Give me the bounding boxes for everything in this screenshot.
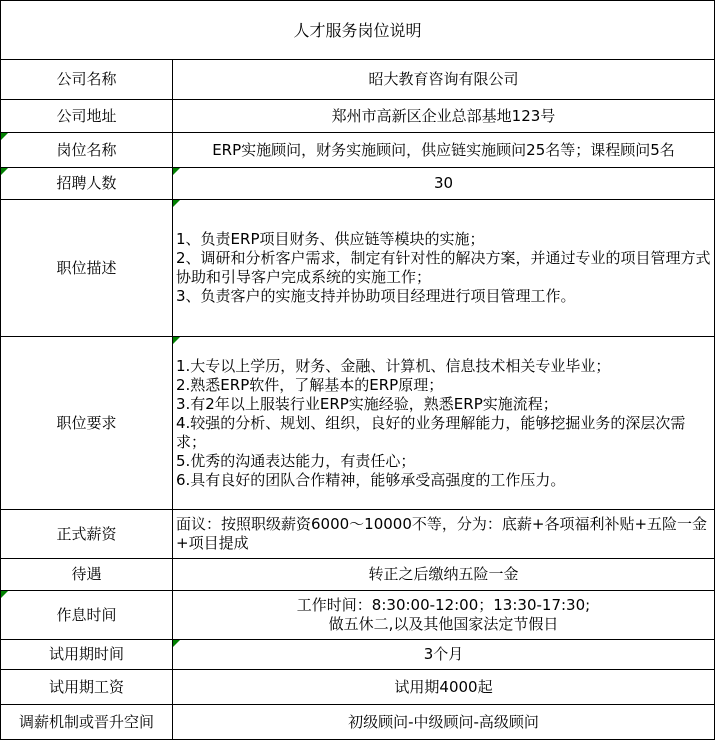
cell-job-description-value-text: 1、负责ERP项目财务、供应链等模块的实施； 2、调研和分析客户需求，制定有针对… [176,230,712,306]
cell-error-indicator-icon [173,337,180,344]
table-row-headcount: 招聘人数 30 [1,168,714,200]
cell-probation-salary-value[interactable]: 试用期4000起 [173,670,714,704]
table-row-position-name: 岗位名称 ERP实施顾问，财务实施顾问，供应链实施顾问25名等；课程顾问5名 [1,133,714,168]
cell-benefits-value[interactable]: 转正之后缴纳五险一金 [173,559,714,590]
cell-headcount-label[interactable]: 招聘人数 [1,168,173,199]
table-row-job-requirements: 职位要求 1.大专以上学历，财务、金融、计算机、信息技术相关专业毕业； 2.熟悉… [1,337,714,510]
cell-company-address-value[interactable]: 郑州市高新区企业总部基地123号 [173,100,714,132]
table-row-probation-salary: 试用期工资 试用期4000起 [1,670,714,705]
table-row-company-name: 公司名称 昭大教育咨询有限公司 [1,60,714,100]
cell-position-name-label-text: 岗位名称 [56,141,116,160]
cell-promotion-path-value[interactable]: 初级顾问-中级顾问-高级顾问 [173,705,714,739]
cell-job-requirements-value[interactable]: 1.大专以上学历，财务、金融、计算机、信息技术相关专业毕业； 2.熟悉ERP软件… [173,337,714,509]
cell-error-indicator-icon [1,168,8,175]
cell-work-schedule-value[interactable]: 工作时间：8:30:00-12:00；13:30-17:30; 做五休二,以及其… [173,591,714,639]
page-title: 人才服务岗位说明 [1,1,714,59]
cell-job-requirements-label[interactable]: 职位要求 [1,337,173,509]
cell-error-indicator-icon [173,640,180,647]
cell-work-schedule-label-text: 作息时间 [56,606,116,625]
cell-error-indicator-icon [173,200,180,207]
cell-formal-salary-label[interactable]: 正式薪资 [1,510,173,558]
cell-job-requirements-value-text: 1.大专以上学历，财务、金融、计算机、信息技术相关专业毕业； 2.熟悉ERP软件… [176,357,712,490]
cell-probation-period-label[interactable]: 试用期时间 [1,640,173,669]
cell-position-name-value[interactable]: ERP实施顾问，财务实施顾问，供应链实施顾问25名等；课程顾问5名 [173,133,714,167]
cell-headcount-value-text: 30 [434,174,453,193]
cell-error-indicator-icon [173,168,180,175]
cell-formal-salary-value[interactable]: 面议：按照职级薪资6000～10000不等，分为：底薪+各项福利补贴+五险一金+… [173,510,714,558]
table-row-job-description: 职位描述 1、负责ERP项目财务、供应链等模块的实施； 2、调研和分析客户需求，… [1,200,714,337]
cell-job-description-value[interactable]: 1、负责ERP项目财务、供应链等模块的实施； 2、调研和分析客户需求，制定有针对… [173,200,714,336]
cell-probation-period-value[interactable]: 3个月 [173,640,714,669]
cell-company-name-value[interactable]: 昭大教育咨询有限公司 [173,60,714,99]
cell-error-indicator-icon [1,133,8,140]
table-title-row: 人才服务岗位说明 [1,1,714,60]
cell-company-address-label[interactable]: 公司地址 [1,100,173,132]
cell-probation-salary-label[interactable]: 试用期工资 [1,670,173,704]
table-row-work-schedule: 作息时间 工作时间：8:30:00-12:00；13:30-17:30; 做五休… [1,591,714,640]
table-row-formal-salary: 正式薪资 面议：按照职级薪资6000～10000不等，分为：底薪+各项福利补贴+… [1,510,714,559]
cell-headcount-label-text: 招聘人数 [56,174,116,193]
cell-benefits-label[interactable]: 待遇 [1,559,173,590]
job-description-table: 人才服务岗位说明 公司名称 昭大教育咨询有限公司 公司地址 郑州市高新区企业总部… [0,0,715,740]
table-row-promotion-path: 调薪机制或晋升空间 初级顾问-中级顾问-高级顾问 [1,705,714,739]
table-row-benefits: 待遇 转正之后缴纳五险一金 [1,559,714,591]
cell-promotion-path-label[interactable]: 调薪机制或晋升空间 [1,705,173,739]
cell-work-schedule-label[interactable]: 作息时间 [1,591,173,639]
cell-company-name-label[interactable]: 公司名称 [1,60,173,99]
table-row-probation-period: 试用期时间 3个月 [1,640,714,670]
table-row-company-address: 公司地址 郑州市高新区企业总部基地123号 [1,100,714,133]
cell-error-indicator-icon [1,591,8,598]
cell-probation-period-value-text: 3个月 [424,645,464,664]
cell-position-name-label[interactable]: 岗位名称 [1,133,173,167]
cell-headcount-value[interactable]: 30 [173,168,714,199]
cell-job-description-label[interactable]: 职位描述 [1,200,173,336]
